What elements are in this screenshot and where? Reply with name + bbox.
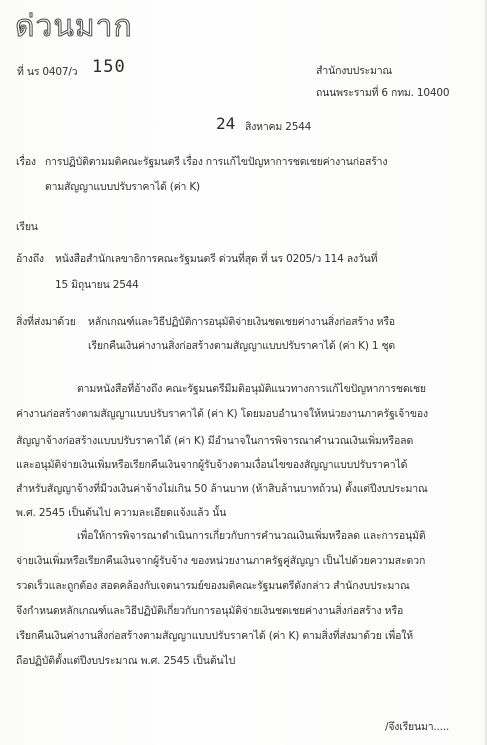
scanned-letter-page: ด่วนมาก ที่ นร 0407/ว 150 สำนักงบประมาณ … [0, 0, 487, 745]
reference-label: อ้างถึง [16, 250, 44, 267]
document-number-label: ที่ นร 0407/ว [17, 63, 77, 80]
body-paragraph-2-line: เพื่อให้การพิจารณาดำเนินการเกี่ยวกับการค… [77, 527, 426, 544]
body-paragraph-1-line: สัญญาจ้างก่อสร้างแบบปรับราคาได้ (ค่า K) … [16, 432, 413, 449]
date-day: 24 [216, 114, 235, 133]
enclosure-line: เรียกคืนเงินค่างานสิ่งก่อสร้างตามสัญญาแบ… [88, 337, 395, 354]
body-paragraph-1-line: ค่างานก่อสร้างตามสัญญาแบบปรับราคาได้ (ค่… [16, 405, 428, 422]
enclosure-label: สิ่งที่ส่งมาด้วย [16, 313, 76, 330]
body-paragraph-1-line: พ.ศ. 2545 เป็นต้นไป ความละเอียดแจ้งแล้ว … [16, 504, 226, 521]
body-paragraph-2-line: ถือปฏิบัติตั้งแต่ปีงบประมาณ พ.ศ. 2545 เป… [16, 652, 235, 669]
body-paragraph-1-line: ตามหนังสือที่อ้างถึง คณะรัฐมนตรีมีมติอนุ… [77, 380, 426, 397]
body-paragraph-2-line: รวดเร็วและถูกต้อง สอดคล้องกับเจตนารมย์ขอ… [16, 577, 410, 594]
body-paragraph-1-line: สำหรับสัญญาจ้างที่มีวงเงินค่าจ้างไม่เกิน… [16, 480, 428, 497]
subject-line: การปฏิบัติตามมติคณะรัฐมนตรี เรื่อง การแก… [45, 153, 387, 170]
closing-continuation: /จึงเรียนมา..... [385, 718, 449, 735]
salutation-label: เรียน [16, 218, 38, 235]
urgency-stamp: ด่วนมาก [15, 10, 133, 44]
sender-address: ถนนพระรามที่ 6 กทม. 10400 [316, 84, 449, 101]
body-paragraph-1-line: และอนุมัติจ่ายเงินเพิ่มหรือเรียกคืนเงินจ… [16, 456, 407, 473]
sender-organization: สำนักงบประมาณ [316, 62, 392, 79]
subject-line: ตามสัญญาแบบปรับราคาได้ (ค่า K) [45, 178, 200, 195]
date-month-year: สิงหาคม 2544 [245, 118, 311, 135]
reference-line: หนังสือสำนักเลขาธิการคณะรัฐมนตรี ด่วนที่… [55, 250, 377, 267]
body-paragraph-2-line: จึงกำหนดหลักเกณฑ์และวิธีปฏิบัติเกี่ยวกับ… [16, 602, 403, 619]
body-paragraph-2-line: เรียกคืนเงินค่างานสิ่งก่อสร้างตามสัญญาแบ… [16, 627, 413, 644]
document-number: 150 [92, 57, 126, 77]
enclosure-line: หลักเกณฑ์และวิธีปฏิบัติการอนุมัติจ่ายเงิ… [88, 313, 395, 330]
body-paragraph-2-line: จ่ายเงินเพิ่มหรือเรียกคืนเงินจากผู้รับจ้… [16, 552, 425, 569]
reference-line: 15 มิถุนายน 2544 [55, 276, 139, 293]
subject-label: เรื่อง [16, 153, 36, 170]
